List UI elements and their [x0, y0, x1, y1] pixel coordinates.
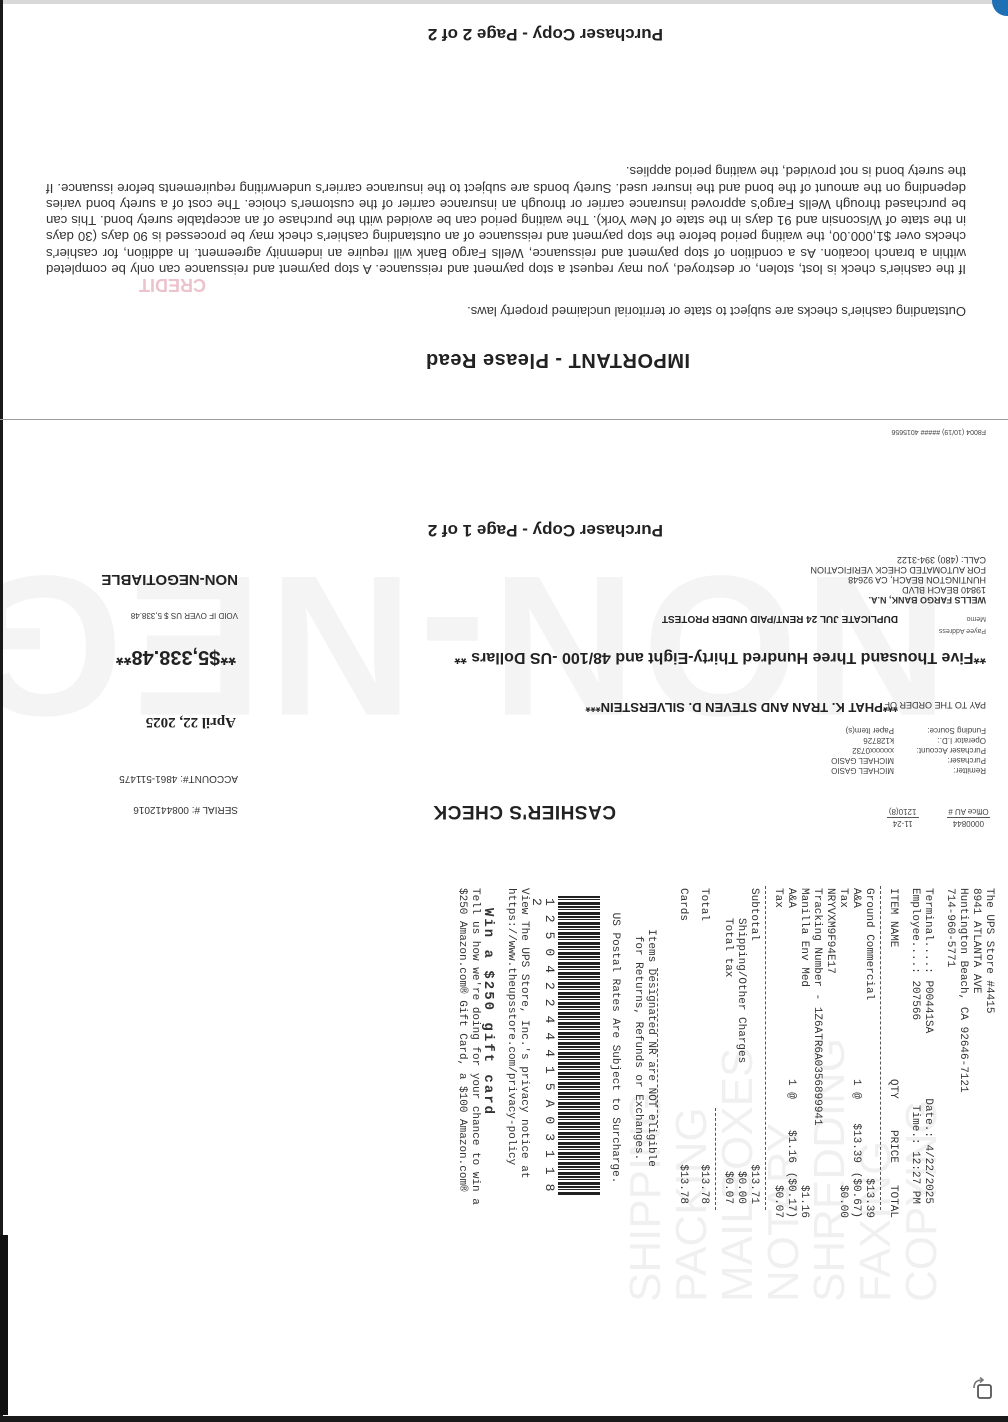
rotate-button[interactable] [968, 1374, 998, 1404]
memo-label: Memo [967, 615, 986, 622]
receipt-background-text: SHIPPING PACKING MAILBOXES NOTARY SHREDD… [623, 1038, 945, 1302]
cashiers-check: NON-NEGOTIABLE 0000844Office AU # 11-241… [0, 419, 1008, 850]
important-notice: IMPORTANT - Please Read Outstanding cash… [0, 0, 1008, 420]
credit-stamp: CREDIT [139, 274, 206, 295]
store-city: Huntington Beach, CA 92646-7121 [956, 878, 969, 1218]
ups-receipt: SHIPPING PACKING MAILBOXES NOTARY SHREDD… [60, 878, 995, 1218]
privacy-line-1: View The UPS Store, Inc.'s privacy notic… [517, 878, 530, 1218]
serial-number: SERIAL #: 0084412016 [133, 804, 238, 815]
receipt-body: SHIPPING PACKING MAILBOXES NOTARY SHREDD… [60, 878, 995, 1218]
check-amount: **$5,338.48** [116, 645, 236, 668]
store-address: 8941 ATLANTA AVE [969, 878, 982, 1218]
promo-line-1: Tell us how we're doing for your chance … [468, 878, 481, 1218]
barcode-number: 125042244415A03118 2 [530, 878, 556, 1218]
scanned-check-document: NON-NEGOTIABLE 0000844Office AU # 11-241… [0, 0, 1008, 850]
left-dark-strip [0, 1235, 8, 1415]
purchaser-info: Remitter:MICHAEL GASIO Purchaser:MICHAEL… [831, 725, 986, 775]
store-name: The UPS Store #4415 [982, 878, 995, 1218]
non-negotiable-label: NON-NEGOTIABLE [101, 571, 238, 588]
check-title: CASHIER'S CHECK [433, 800, 616, 822]
promo-line-2: $250 Amazon.com® Gift Card, a $100 Amazo… [455, 878, 468, 1218]
office-block: 0000844Office AU # 11-241210(8) [861, 807, 990, 828]
page-label-2: Purchaser Copy - Page 2 of 2 [428, 24, 663, 44]
check-date: April 22, 2025 [146, 713, 236, 730]
policy-line-3: US Postal Rates Are Subject to Surcharge… [608, 878, 621, 1218]
notice-title: IMPORTANT - Please Read [425, 348, 690, 371]
page-label-1: Purchaser Copy - Page 1 of 2 [428, 520, 663, 540]
account-number: ACCOUNT#: 4861-511475 [119, 773, 238, 784]
bank-address: WELLS FARGO BANK, N.A. 19840 BEACH BLVD … [810, 555, 986, 605]
form-code: F8004 (10/19) ##### 4015656 [891, 428, 986, 435]
pay-to-label: PAY TO THE ORDER OF [884, 700, 986, 710]
payee-name: ***PHAT K. TRAN AND STEVEN D. SILVERSTEI… [585, 700, 898, 715]
notice-paragraph-2: If the cashier's check is lost, stolen, … [46, 163, 966, 277]
privacy-url: https://www.theupsstore.com/privacy-poli… [504, 878, 517, 1218]
barcode [558, 896, 600, 1196]
bottom-bar [0, 1416, 1008, 1422]
rotate-icon [970, 1376, 996, 1402]
void-limit: VOID IF OVER US $ 5,338.48 [131, 611, 238, 620]
notice-paragraph-1: Outstanding cashier's checks are subject… [467, 304, 966, 319]
payee-address-label: Payee Address [939, 627, 986, 634]
memo-text: DUPLICATE JUL 24 RENT/PAID UNDER PROTEST [662, 613, 898, 624]
promo-title: Win a $250 gift card [481, 878, 494, 1218]
amount-in-words: **Five Thousand Three Hundred Thirty-Eig… [454, 648, 986, 666]
